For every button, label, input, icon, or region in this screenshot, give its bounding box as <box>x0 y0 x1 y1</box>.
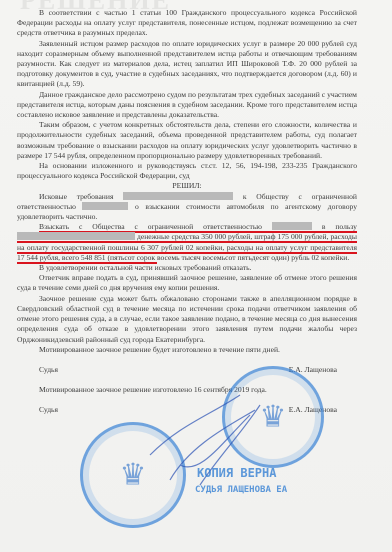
decision-heading: РЕШИЛ: <box>17 181 357 191</box>
paragraph-grounds: На основании изложенного и руководствуяс… <box>17 161 357 181</box>
document-page: РЕШЕНИЕ В соответствии с частью 1 статьи… <box>0 0 392 552</box>
document-body: В соответствии с частью 1 статьи 100 Гра… <box>17 8 357 416</box>
paragraph-hearings: Данное гражданское дело рассмотрено судо… <box>17 90 357 121</box>
paragraph-article-100: В соответствии с частью 1 статьи 100 Гра… <box>17 8 357 39</box>
paragraph-collect: Взыскать с Общества с ограниченной ответ… <box>17 222 357 263</box>
redacted-company <box>82 202 128 210</box>
paragraph-defendant-right: Ответчик вправе подать в суд, принявший … <box>17 273 357 293</box>
redacted-plaintiff <box>123 192 233 200</box>
paragraph-legal-costs: Заявленный истцом размер расходов по опл… <box>17 39 357 90</box>
redacted-plaintiff-2 <box>17 232 135 240</box>
paragraph-conclusion: Таким образом, с учетом конкретных обсто… <box>17 120 357 161</box>
copy-verified-stamp: КОПИЯ ВЕРНА <box>197 466 276 480</box>
signature-row-1: Судья Е.А. Лащенова <box>17 365 357 375</box>
paragraph-motivated: Мотивированное заочное решение будет изг… <box>17 345 357 355</box>
redacted-company-2 <box>272 222 312 230</box>
paragraph-claims: Исковые требования к Обществу с ограниче… <box>17 192 357 223</box>
copy-judge-stamp: СУДЬЯ ЛАЩЕНОВА ЕА <box>195 485 287 495</box>
paragraph-appeal: Заочное решение суда может быть обжалова… <box>17 294 357 345</box>
paragraph-rejected: В удовлетворении остальной части исковых… <box>17 263 357 273</box>
